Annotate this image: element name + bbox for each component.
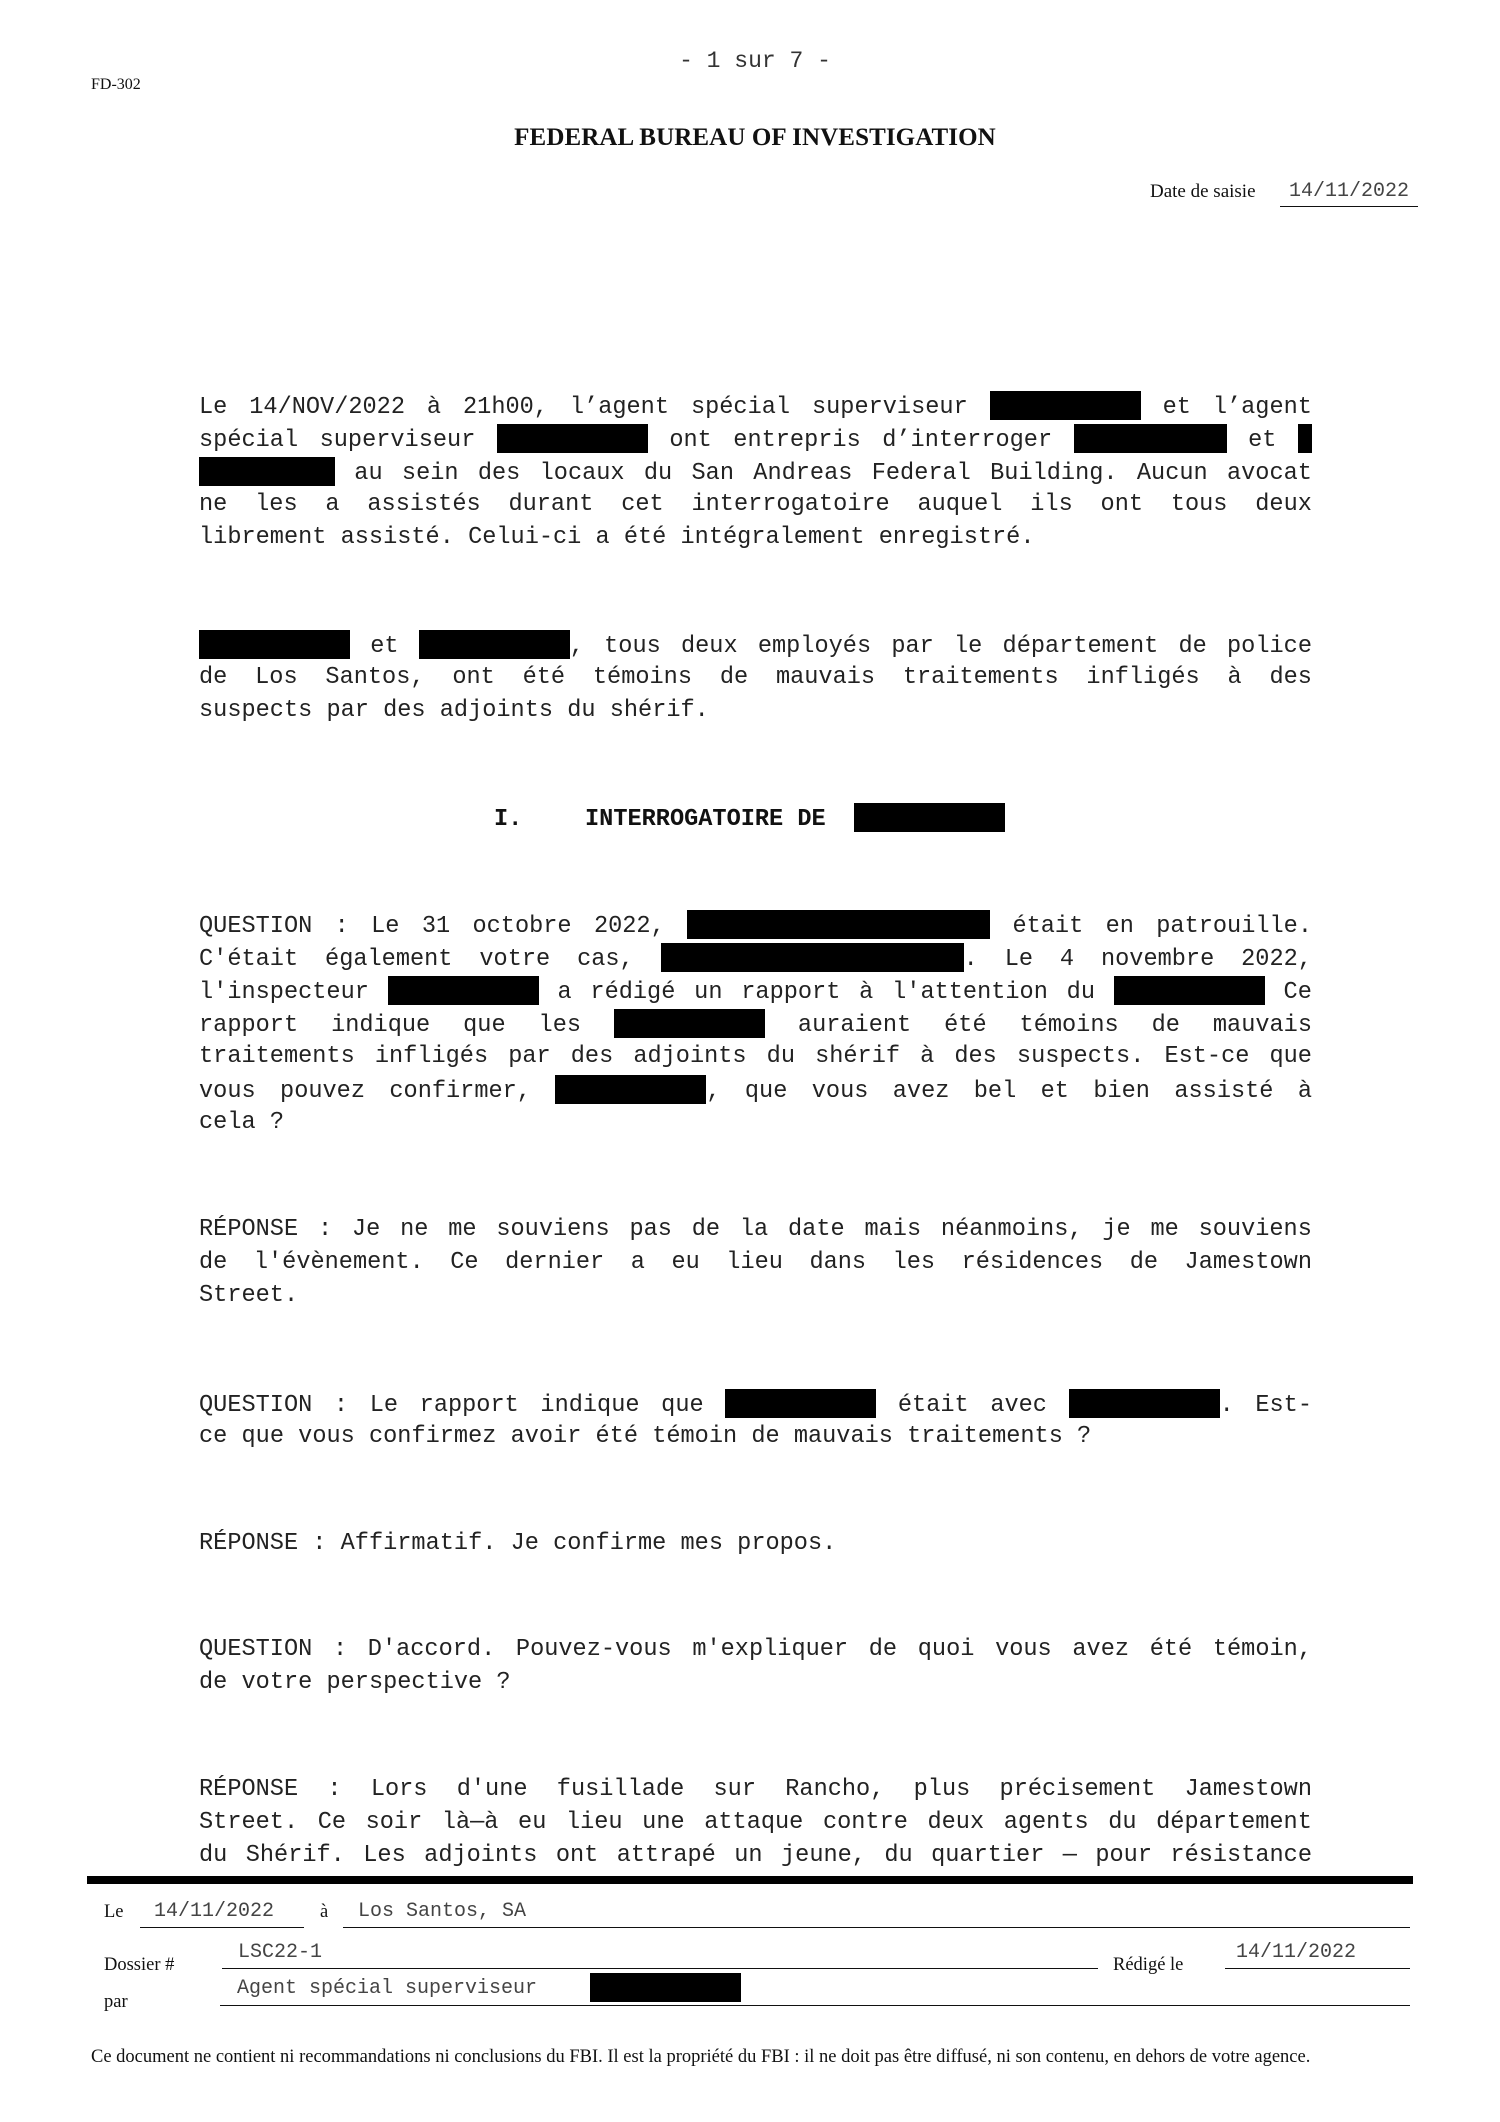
- word: entrepris: [733, 427, 860, 454]
- word: de: [1152, 1012, 1180, 1039]
- word: témoins: [1020, 1012, 1119, 1039]
- word: néanmoins,: [941, 1216, 1083, 1243]
- word: soir: [366, 1809, 423, 1836]
- word: des: [383, 697, 425, 724]
- word: et: [1163, 394, 1191, 421]
- footer-file-underline: [222, 1968, 1098, 1969]
- word: du: [1067, 979, 1095, 1006]
- word: un: [734, 1842, 762, 1869]
- word: adjoints: [633, 1043, 746, 1070]
- redaction-box: [1298, 424, 1312, 453]
- word: du: [1108, 1809, 1136, 1836]
- word: l’agent: [1213, 394, 1312, 421]
- word: précisement: [1000, 1776, 1156, 1803]
- word: indique: [331, 1012, 430, 1039]
- word: superviseur: [812, 394, 968, 421]
- word: de: [720, 664, 748, 691]
- word: shérif.: [610, 697, 709, 724]
- word: été: [944, 1012, 986, 1039]
- word: mauvais: [794, 1423, 893, 1450]
- word: un: [694, 979, 722, 1006]
- word: librement: [199, 524, 326, 551]
- word: shérif: [815, 1043, 900, 1070]
- word: fusillade: [557, 1776, 684, 1803]
- word: que: [1269, 1043, 1311, 1070]
- word: quoi: [918, 1636, 975, 1663]
- word: témoin,: [1213, 1636, 1312, 1663]
- text-segment: , tous deux employés par le département …: [570, 633, 1312, 660]
- word: Shérif.: [246, 1842, 345, 1869]
- word: avec: [990, 1392, 1047, 1419]
- word: Le: [370, 1392, 398, 1419]
- word: Jamestown: [1185, 1776, 1312, 1803]
- word: avoir: [511, 1423, 582, 1450]
- word: ce: [199, 1423, 227, 1450]
- text-line: QUESTION : D'accord. Pouvez-vous m'expli…: [199, 1635, 1312, 1665]
- footer-by-underline: [220, 2005, 1410, 2006]
- word: superviseur: [320, 427, 476, 454]
- footer-on-date-underline: [140, 1927, 304, 1928]
- word: que: [661, 1392, 703, 1419]
- word: Rancho,: [785, 1776, 884, 1803]
- text-line: RÉPONSE : Lors d'une fusillade sur Ranch…: [199, 1775, 1312, 1805]
- redaction-box: [199, 457, 335, 486]
- word: Je: [352, 1216, 380, 1243]
- word: locaux: [540, 460, 625, 487]
- word: d’interroger: [882, 427, 1052, 454]
- word: C'était: [199, 946, 298, 973]
- word: m'expliquer: [692, 1636, 848, 1663]
- word: 31: [422, 913, 450, 940]
- word: était: [898, 1392, 969, 1419]
- word: du: [199, 1842, 227, 1869]
- word: Pouvez-vous: [516, 1636, 672, 1663]
- word: adjoints: [424, 1842, 537, 1869]
- word: deux: [1255, 491, 1312, 518]
- word: pas: [629, 1216, 671, 1243]
- word: RÉPONSE: [199, 1530, 298, 1557]
- word: été: [596, 1423, 638, 1450]
- word: l'évènement.: [254, 1249, 424, 1276]
- word: infligés: [1086, 664, 1199, 691]
- form-id: FD-302: [91, 76, 141, 94]
- word: Affirmatif.: [341, 1530, 497, 1557]
- word: a: [596, 524, 610, 551]
- word: des: [571, 1043, 613, 1070]
- text-line: librement assisté. Celui-ci a été intégr…: [199, 523, 1312, 553]
- word: d'une: [457, 1776, 528, 1803]
- text-line: du Shérif. Les adjoints ont attrapé un j…: [199, 1841, 1312, 1871]
- word: ?: [496, 1669, 510, 1696]
- text-line: et , tous deux employés par le départeme…: [199, 630, 1312, 660]
- redaction-box: [614, 1009, 765, 1038]
- text-line: rapport indique que les auraient été tém…: [199, 1009, 1312, 1039]
- word: les: [255, 491, 297, 518]
- word: attaque: [704, 1809, 803, 1836]
- word: des: [954, 1043, 996, 1070]
- footer-location: Los Santos, SA: [358, 1900, 526, 1923]
- text-line: Street. Ce soir là—à eu lieu une attaque…: [199, 1808, 1312, 1838]
- word: dans: [809, 1249, 866, 1276]
- word: dernier: [505, 1249, 604, 1276]
- word: Je: [511, 1530, 539, 1557]
- disclaimer: Ce document ne contient ni recommandatio…: [91, 2046, 1421, 2068]
- redaction-box: [854, 803, 1005, 832]
- word: agents: [1004, 1809, 1089, 1836]
- word: confirme: [553, 1530, 666, 1557]
- word: plus: [914, 1776, 971, 1803]
- footer-divider: [87, 1876, 1413, 1884]
- word: Celui-ci: [468, 524, 581, 551]
- word: mauvais: [776, 664, 875, 691]
- word: Jamestown: [1185, 1249, 1312, 1276]
- footer-at-label: à: [320, 1902, 328, 1923]
- word: à: [1227, 664, 1241, 691]
- word: assisté.: [341, 524, 454, 551]
- word: souviens: [496, 1216, 609, 1243]
- word: du: [884, 1842, 912, 1869]
- word: Lors: [371, 1776, 428, 1803]
- redaction-box: [725, 1389, 876, 1418]
- word: suspects.: [1017, 1043, 1144, 1070]
- word: Le: [371, 913, 399, 940]
- word: interrogatoire: [691, 491, 889, 518]
- word: été: [1150, 1636, 1192, 1663]
- word: que: [463, 1012, 505, 1039]
- word: les: [539, 1012, 581, 1039]
- word: du: [767, 1043, 795, 1070]
- redaction-box: [1069, 1389, 1220, 1418]
- word: ont: [452, 664, 494, 691]
- word: ont: [669, 427, 711, 454]
- word: rapport: [741, 979, 840, 1006]
- word: Los: [255, 664, 297, 691]
- word: lieu: [566, 1809, 623, 1836]
- word: mais: [864, 1216, 921, 1243]
- word: ne: [400, 1216, 428, 1243]
- word: QUESTION: [199, 1392, 312, 1419]
- word: souviens: [1199, 1216, 1312, 1243]
- word: résistance: [1170, 1842, 1312, 1869]
- word: mauvais: [1213, 1012, 1312, 1039]
- word: ?: [1077, 1423, 1091, 1450]
- word: patrouille.: [1156, 913, 1312, 940]
- word: ont: [556, 1842, 598, 1869]
- text-line: l'inspecteur a rédigé un rapport à l'att…: [199, 976, 1312, 1006]
- word: auraient: [798, 1012, 911, 1039]
- word: par: [508, 1043, 550, 1070]
- redaction-box: [199, 630, 350, 659]
- word: :: [327, 1776, 341, 1803]
- page-indicator: - 1 sur 7 -: [0, 48, 1500, 74]
- word: pouvez: [280, 1078, 365, 1105]
- word: octobre: [472, 913, 571, 940]
- text-line: suspects par des adjoints du shérif.: [199, 696, 1312, 726]
- word: Street.: [199, 1809, 298, 1836]
- word: là—à: [442, 1809, 499, 1836]
- word: me: [448, 1216, 476, 1243]
- word: résidences: [962, 1249, 1104, 1276]
- word: :: [312, 1530, 326, 1557]
- word: vous: [995, 1636, 1052, 1663]
- redaction-box: [1114, 976, 1265, 1005]
- word: sein: [402, 460, 459, 487]
- text-line: de Los Santos, ont été témoins de mauvai…: [199, 663, 1312, 693]
- text-line: cela ?: [199, 1108, 1312, 1138]
- word: Santos,: [325, 664, 424, 691]
- word: vous: [298, 1423, 355, 1450]
- word: mes: [681, 1530, 723, 1557]
- word: les: [893, 1249, 935, 1276]
- word: a: [631, 1249, 645, 1276]
- text-line: RÉPONSE : Affirmatif. Je confirme mes pr…: [199, 1529, 1312, 1559]
- word: rapport: [420, 1392, 519, 1419]
- word: suspects: [199, 697, 312, 724]
- word: rédigé: [590, 979, 675, 1006]
- text-line: ce que vous confirmez avoir été témoin d…: [199, 1422, 1312, 1452]
- word: Street.: [199, 1282, 298, 1309]
- footer-by-value: Agent spécial superviseur: [237, 1977, 537, 2000]
- word: été: [523, 664, 565, 691]
- word: spécial: [691, 394, 790, 421]
- word: deux: [927, 1809, 984, 1836]
- footer-file-number: LSC22-1: [238, 1941, 322, 1964]
- word: San: [692, 460, 734, 487]
- word: :: [334, 1392, 348, 1419]
- text-line: de votre perspective ?: [199, 1668, 1312, 1698]
- text-line: spécial superviseur ont entrepris d’inte…: [199, 424, 1312, 454]
- redaction-box: [555, 1075, 706, 1104]
- text-line: Le 14/NOV/2022 à 21h00, l’agent spécial …: [199, 391, 1312, 421]
- word: jeune,: [781, 1842, 866, 1869]
- word: de: [692, 1216, 720, 1243]
- word: assistés: [367, 491, 480, 518]
- redaction-box: [590, 1973, 741, 2002]
- section-title: INTERROGATOIRE DE: [585, 806, 826, 833]
- word: adjoints: [440, 697, 553, 724]
- word: pour: [1095, 1842, 1152, 1869]
- word: date: [788, 1216, 845, 1243]
- word: Ce: [1284, 979, 1312, 1006]
- word: et: [1248, 427, 1276, 454]
- entry-date-label: Date de saisie: [1150, 181, 1256, 203]
- agency-title: FEDERAL BUREAU OF INVESTIGATION: [0, 124, 1500, 152]
- word: l'attention: [892, 979, 1048, 1006]
- word: de: [869, 1636, 897, 1663]
- word: Le: [199, 394, 227, 421]
- word: ont: [1101, 491, 1143, 518]
- word: l’agent: [570, 394, 669, 421]
- word: propos.: [737, 1530, 836, 1557]
- word: avez: [1072, 1636, 1129, 1663]
- word: perspective: [326, 1669, 482, 1696]
- word: cas,: [577, 946, 634, 973]
- word: que: [242, 1423, 284, 1450]
- entry-date-value: 14/11/2022: [1280, 180, 1418, 207]
- word: témoins: [593, 664, 692, 691]
- word: une: [642, 1809, 684, 1836]
- word: été: [624, 524, 666, 551]
- word: infligés: [375, 1043, 488, 1070]
- word: QUESTION: [199, 913, 312, 940]
- word: rapport: [199, 1012, 298, 1039]
- word: 21h00,: [463, 394, 548, 421]
- footer-drafted-underline: [1225, 1968, 1410, 1969]
- footer-on-label: Le: [104, 1902, 124, 1923]
- footer-file-label: Dossier #: [104, 1955, 174, 1976]
- word: 2022,: [594, 913, 665, 940]
- word: Aucun: [1137, 460, 1208, 487]
- word: auquel: [918, 491, 1003, 518]
- redaction-box: [990, 391, 1141, 420]
- word: Federal: [872, 460, 971, 487]
- word: l'inspecteur: [199, 979, 369, 1006]
- word: vous: [199, 1078, 256, 1105]
- word: département: [1156, 1809, 1312, 1836]
- word: me: [1150, 1216, 1178, 1243]
- redaction-box: [419, 630, 570, 659]
- word: également: [325, 946, 452, 973]
- word: traitements: [903, 664, 1059, 691]
- word: je: [1102, 1216, 1130, 1243]
- text-segment: . Le 4 novembre 2022,: [964, 946, 1312, 973]
- redaction-box: [661, 943, 964, 972]
- text-line: de l'évènement. Ce dernier a eu lieu dan…: [199, 1248, 1312, 1278]
- word: traitements: [199, 1043, 355, 1070]
- redaction-box: [687, 910, 990, 939]
- redaction-box: [1074, 424, 1227, 453]
- word: de: [1130, 1249, 1158, 1276]
- section-number: I.: [494, 806, 585, 833]
- word: enregistré.: [879, 524, 1035, 551]
- word: confirmer,: [389, 1078, 531, 1105]
- word: quartier: [931, 1842, 1044, 1869]
- word: votre: [479, 946, 550, 973]
- word: spécial: [199, 427, 298, 454]
- word: :: [333, 1636, 347, 1663]
- text-segment: . Est-: [1220, 1392, 1312, 1419]
- text-line: Street.: [199, 1281, 1312, 1311]
- word: de: [199, 664, 227, 691]
- text-line: au sein des locaux du San Andreas Federa…: [199, 457, 1312, 487]
- word: Est-ce: [1164, 1043, 1249, 1070]
- word: intégralement: [681, 524, 865, 551]
- word: en: [1106, 913, 1134, 940]
- text-line: vous pouvez confirmer, , que vous avez b…: [199, 1075, 1312, 1105]
- word: du: [644, 460, 672, 487]
- text-line: ne les a assistés durant cet interrogato…: [199, 490, 1312, 520]
- word: à: [427, 394, 441, 421]
- word: cela: [199, 1109, 256, 1136]
- word: QUESTION: [199, 1636, 312, 1663]
- word: :: [335, 913, 349, 940]
- word: —: [1063, 1842, 1077, 1869]
- word: RÉPONSE: [199, 1776, 298, 1803]
- word: Building.: [990, 460, 1117, 487]
- footer-drafted-label: Rédigé le: [1113, 1955, 1183, 1976]
- word: par: [326, 697, 368, 724]
- word: était: [1012, 913, 1083, 940]
- word: des: [478, 460, 520, 487]
- word: Ce: [318, 1809, 346, 1836]
- word: ne: [199, 491, 227, 518]
- word: de: [199, 1249, 227, 1276]
- word: de: [751, 1423, 779, 1450]
- word: ils: [1030, 491, 1072, 518]
- word: du: [567, 697, 595, 724]
- word: cet: [621, 491, 663, 518]
- text-line: traitements infligés par des adjoints du…: [199, 1042, 1312, 1072]
- word: et: [370, 633, 398, 660]
- word: attrapé: [617, 1842, 716, 1869]
- word: durant: [508, 491, 593, 518]
- word: RÉPONSE: [199, 1216, 298, 1243]
- footer-on-date: 14/11/2022: [154, 1900, 274, 1923]
- word: eu: [518, 1809, 546, 1836]
- word: a: [325, 491, 339, 518]
- word: tous: [1171, 491, 1228, 518]
- word: indique: [540, 1392, 639, 1419]
- word: des: [1269, 664, 1311, 691]
- word: à: [859, 979, 873, 1006]
- word: lieu: [726, 1249, 783, 1276]
- section-heading: I.INTERROGATOIRE DE: [494, 803, 1005, 833]
- word: votre: [242, 1669, 313, 1696]
- word: la: [740, 1216, 768, 1243]
- word: traitements: [907, 1423, 1063, 1450]
- footer-drafted-date: 14/11/2022: [1236, 1941, 1356, 1964]
- footer-location-underline: [343, 1927, 1410, 1928]
- word: Les: [363, 1842, 405, 1869]
- word: :: [318, 1216, 332, 1243]
- footer-by-label: par: [104, 1992, 128, 2013]
- word: Andreas: [753, 460, 852, 487]
- text-line: C'était également votre cas, . Le 4 nove…: [199, 943, 1312, 973]
- word: contre: [823, 1809, 908, 1836]
- word: témoin: [652, 1423, 737, 1450]
- text-line: QUESTION : Le rapport indique que était …: [199, 1389, 1312, 1419]
- word: confirmez: [369, 1423, 496, 1450]
- text-line: QUESTION : Le 31 octobre 2022, était en …: [199, 910, 1312, 940]
- word: au: [354, 460, 382, 487]
- word: à: [920, 1043, 934, 1070]
- word: de: [199, 1669, 227, 1696]
- word: avocat: [1227, 460, 1312, 487]
- text-segment: , que vous avez bel et bien assisté à: [706, 1078, 1312, 1105]
- redaction-box: [497, 424, 648, 453]
- redaction-box: [388, 976, 539, 1005]
- word: Ce: [450, 1249, 478, 1276]
- word: eu: [671, 1249, 699, 1276]
- text-line: RÉPONSE : Je ne me souviens pas de la da…: [199, 1215, 1312, 1245]
- word: a: [557, 979, 571, 1006]
- word: 14/NOV/2022: [249, 394, 405, 421]
- word: ?: [270, 1109, 284, 1136]
- word: D'accord.: [368, 1636, 495, 1663]
- word: sur: [714, 1776, 756, 1803]
